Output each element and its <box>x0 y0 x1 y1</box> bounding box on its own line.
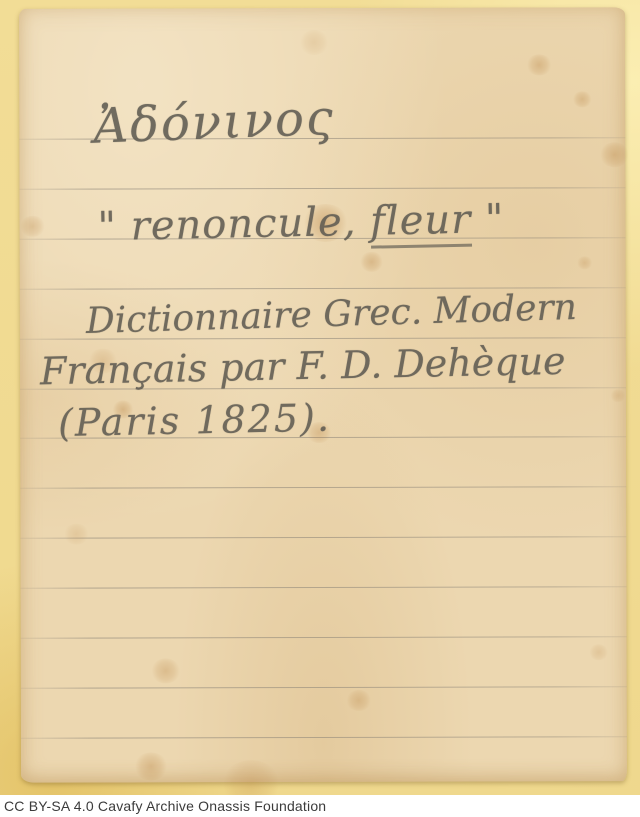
note-paper: Ἀδόνινος " renoncule, fleur " Dictionnai… <box>19 7 627 783</box>
stain <box>63 524 89 545</box>
handwritten-source-place-year: (Paris 1825). <box>58 396 332 445</box>
stain <box>572 91 592 107</box>
license-attribution-text: CC BY-SA 4.0 Cavafy Archive Onassis Foun… <box>4 798 326 814</box>
stain <box>299 30 329 55</box>
stain <box>134 752 168 780</box>
stain <box>599 142 629 167</box>
gloss-opening: " renoncule, <box>97 199 370 250</box>
stain <box>589 644 609 660</box>
license-bar: CC BY-SA 4.0 Cavafy Archive Onassis Foun… <box>0 795 640 817</box>
gloss-underlined-word: fleur <box>370 197 472 249</box>
stain <box>577 256 593 269</box>
ruled-line <box>21 686 627 689</box>
ruled-line <box>21 586 627 589</box>
ruled-line <box>21 636 627 639</box>
stain <box>20 216 46 237</box>
ruled-line <box>20 486 626 489</box>
ruled-line <box>21 736 627 739</box>
ruled-lines <box>19 7 625 9</box>
ruled-line <box>19 187 625 190</box>
gloss-closing: " <box>471 196 505 243</box>
handwritten-source-title: Dictionnaire Grec. Modern <box>85 287 577 342</box>
age-stains <box>19 7 625 9</box>
stain <box>360 252 384 272</box>
handwritten-french-gloss: " renoncule, fleur " <box>97 196 505 250</box>
stain <box>346 690 372 711</box>
scanned-note-page: Ἀδόνινος " renoncule, fleur " Dictionnai… <box>0 0 640 817</box>
handwritten-source-author: Français par F. D. Dehèque <box>40 339 566 394</box>
handwritten-greek-headword: Ἀδόνινος <box>92 90 335 155</box>
ruled-line <box>20 536 626 539</box>
stain <box>526 54 552 75</box>
stain <box>151 658 181 683</box>
stain <box>610 389 626 402</box>
